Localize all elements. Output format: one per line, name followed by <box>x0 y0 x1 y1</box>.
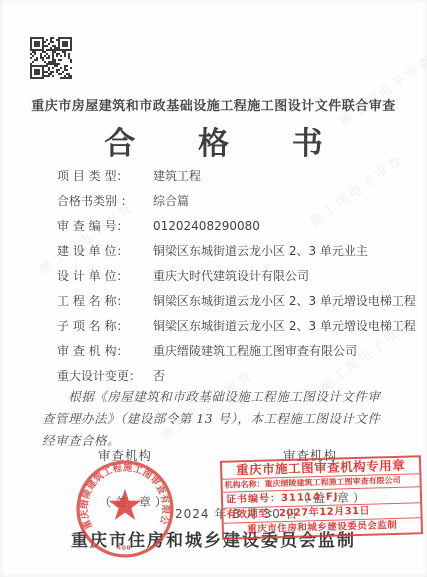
field-label: 工 程 名 称： <box>57 292 153 309</box>
field-value: 否 <box>153 367 165 384</box>
field-list: 项 目 类 型： 建筑工程 合格书类别 ： 综合篇 审 查 编 号： 01202… <box>57 163 417 388</box>
qr-code <box>30 36 72 80</box>
field-value: 铜梁区东城街道云龙小区 2、3 单元业主 <box>153 242 368 259</box>
field-label: 设 计 单 位： <box>57 267 153 284</box>
field-value: 铜梁区东城街道云龙小区 2、3 单元增设电梯工程 <box>153 317 416 334</box>
field-label: 建 设 单 位： <box>57 242 153 259</box>
certificate-page: 施工图电子审查 施工图电子审查 施工图电子审查 施工图电子审查 施工图电子审查 … <box>0 0 427 577</box>
field-value: 建筑工程 <box>153 167 201 184</box>
field-label: 重大设计变更： <box>57 367 153 384</box>
field-value: 重庆缙陵建筑工程施工图审查有限公司 <box>153 342 357 359</box>
circular-company-seal: 重庆缙陵建筑工程施工图审查有限公司 500 <box>74 458 176 560</box>
certificate-title: 合 格 书 <box>0 118 427 163</box>
field-label: 审 查 编 号： <box>57 217 153 234</box>
svg-text:500: 500 <box>117 545 132 552</box>
field-value: 综合篇 <box>153 192 189 209</box>
star-icon <box>108 489 141 520</box>
field-label: 合格书类别 ： <box>57 192 153 209</box>
field-row-subproject-name: 子 项 名 称： 铜梁区东城街道云龙小区 2、3 单元增设电梯工程 <box>57 313 417 338</box>
field-row-review-agency: 审 查 机 构： 重庆缙陵建筑工程施工图审查有限公司 <box>57 338 417 363</box>
rectangular-review-stamp: 重庆市施工图审查机构专用章 机构名称：重庆缙陵建筑工程施工图审查有限公司 证书编… <box>220 455 423 540</box>
field-row-major-design-change: 重大设计变更： 否 <box>57 363 417 388</box>
field-row-certificate-category: 合格书类别 ： 综合篇 <box>57 188 417 213</box>
document-title: 重庆市房屋建筑和市政基础设施工程施工图设计文件联合审查 <box>0 95 427 114</box>
field-row-project-type: 项 目 类 型： 建筑工程 <box>57 163 417 188</box>
field-value: 01202408290080 <box>153 219 260 233</box>
field-value: 重庆大时代建筑设计有限公司 <box>153 267 309 284</box>
seal-serial-number: 500 <box>117 545 132 552</box>
field-label: 项 目 类 型： <box>57 167 153 184</box>
field-label: 审 查 机 构： <box>57 342 153 359</box>
seal-ring-text: 重庆缙陵建筑工程施工图审查有限公司 <box>74 458 172 531</box>
field-value: 铜梁区东城街道云龙小区 2、3 单元增设电梯工程 <box>153 292 416 309</box>
field-label: 子 项 名 称： <box>57 317 153 334</box>
field-row-project-name: 工 程 名 称： 铜梁区东城街道云龙小区 2、3 单元增设电梯工程 <box>57 288 417 313</box>
field-row-design-unit: 设 计 单 位： 重庆大时代建筑设计有限公司 <box>57 263 417 288</box>
svg-text:重庆缙陵建筑工程施工图审查有限公司: 重庆缙陵建筑工程施工图审查有限公司 <box>74 458 172 531</box>
field-row-construction-unit: 建 设 单 位： 铜梁区东城街道云龙小区 2、3 单元业主 <box>57 238 417 263</box>
field-row-review-number: 审 查 编 号： 01202408290080 <box>57 213 417 238</box>
legal-statement: 根据《房屋建筑和市政基础设施工程施工图设计文件审查管理办法》（建设部令第 13 … <box>42 386 390 452</box>
